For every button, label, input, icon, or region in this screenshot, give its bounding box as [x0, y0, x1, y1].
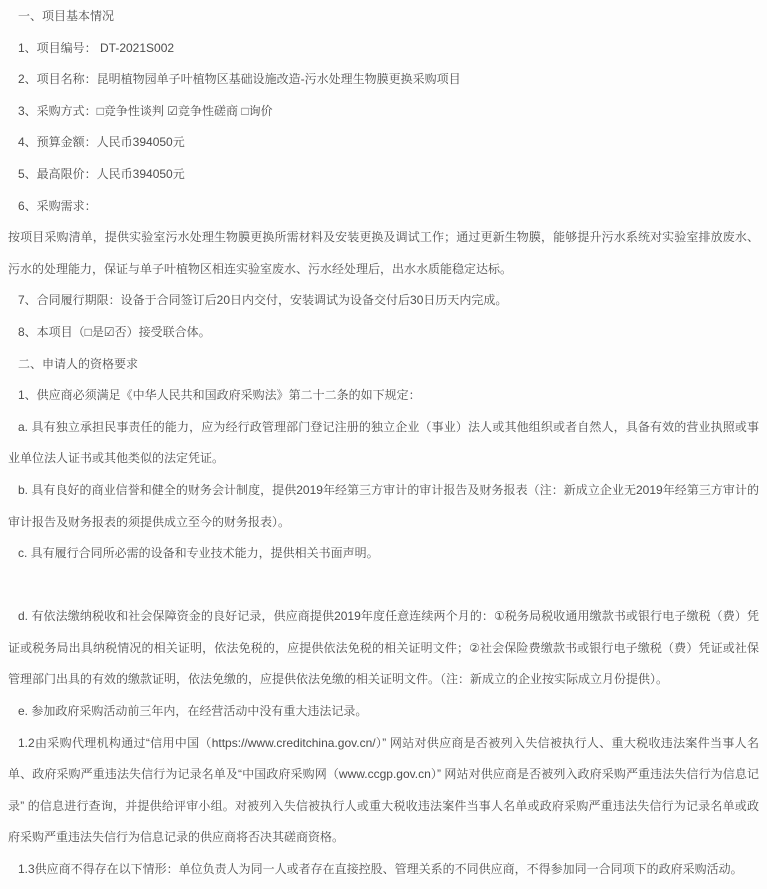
budget-amount: 4、预算金额：人民币394050元 — [8, 127, 759, 159]
supplier-restriction-clause: 1.3供应商不得存在以下情形：单位负责人为同一人或者存在直接控股、管理关系的不同… — [8, 854, 759, 886]
qualification-clause-d: d. 有依法缴纳税收和社会保障资金的良好记录，供应商提供2019年度任意连续两个… — [8, 601, 759, 696]
section-applicant-qualifications: 二、申请人的资格要求 1、供应商必须满足《中华人民共和国政府采购法》第二十二条的… — [8, 349, 759, 886]
supplier-requirement-intro: 1、供应商必须满足《中华人民共和国政府采购法》第二十二条的如下规定： — [8, 380, 759, 412]
qualification-clause-e: e. 参加政府采购活动前三年内，在经营活动中没有重大违法记录。 — [8, 696, 759, 728]
qualification-clause-b: b. 具有良好的商业信誉和健全的财务会计制度，提供2019年经第三方审计的审计报… — [8, 475, 759, 538]
credit-check-clause: 1.2由采购代理机构通过“信用中国（https://www.creditchin… — [8, 728, 759, 854]
qualification-clause-a: a. 具有独立承担民事责任的能力，应为经行政管理部门登记注册的独立企业（事业）法… — [8, 412, 759, 475]
contract-period: 7、合同履行期限：设备于合同签订后20日内交付，安装调试为设备交付后30日历天内… — [8, 285, 759, 317]
project-name: 2、项目名称：昆明植物园单子叶植物区基础设施改造-污水处理生物膜更换采购项目 — [8, 64, 759, 96]
requirements-label: 6、采购需求： — [8, 191, 759, 223]
qualification-clause-c: c. 具有履行合同所必需的设备和专业技术能力，提供相关书面声明。 — [8, 538, 759, 570]
project-number: 1、项目编号： DT-2021S002 — [8, 33, 759, 65]
procurement-document: 一、项目基本情况 1、项目编号： DT-2021S002 2、项目名称：昆明植物… — [0, 0, 767, 886]
blank-line — [8, 570, 759, 602]
max-price: 5、最高限价：人民币394050元 — [8, 159, 759, 191]
consortium-acceptance: 8、本项目（□是☑否）接受联合体。 — [8, 317, 759, 349]
section1-title: 一、项目基本情况 — [8, 1, 759, 33]
section2-title: 二、申请人的资格要求 — [8, 349, 759, 381]
section-basic-info: 一、项目基本情况 1、项目编号： DT-2021S002 2、项目名称：昆明植物… — [8, 1, 759, 349]
requirements-detail: 按项目采购清单，提供实验室污水处理生物膜更换所需材料及安装更换及调试工作；通过更… — [8, 222, 759, 285]
procurement-method: 3、采购方式：□竞争性谈判 ☑竞争性磋商 □询价 — [8, 96, 759, 128]
